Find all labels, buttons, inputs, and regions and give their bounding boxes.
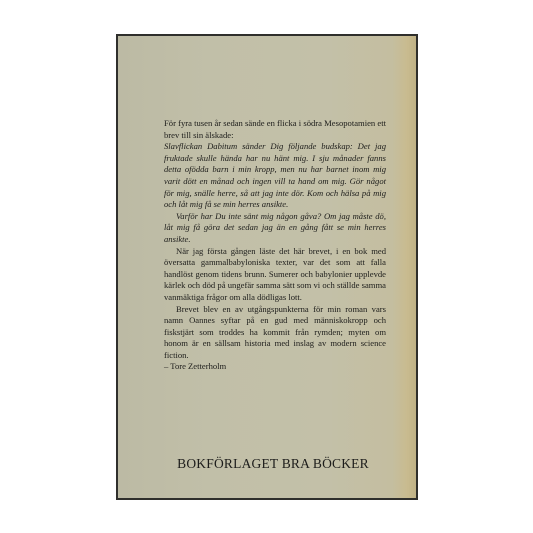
letter-paragraph-2: Varför har Du inte sänt mig någon gåva? … [164,211,386,246]
author-paragraph-1: När jag första gången läste det här brev… [164,246,386,304]
letter-paragraph-1: Slavflickan Dabitum sänder Dig följande … [164,141,386,211]
blurb-text: För fyra tusen år sedan sände en flicka … [164,118,386,373]
book-back-cover: För fyra tusen år sedan sände en flicka … [116,34,418,500]
publisher-name: BOKFÖRLAGET BRA BÖCKER [118,456,416,472]
author-signature: – Tore Zetterholm [164,361,386,373]
author-paragraph-2: Brevet blev en av utgångspunkterna för m… [164,304,386,362]
intro-paragraph: För fyra tusen år sedan sände en flicka … [164,118,386,141]
